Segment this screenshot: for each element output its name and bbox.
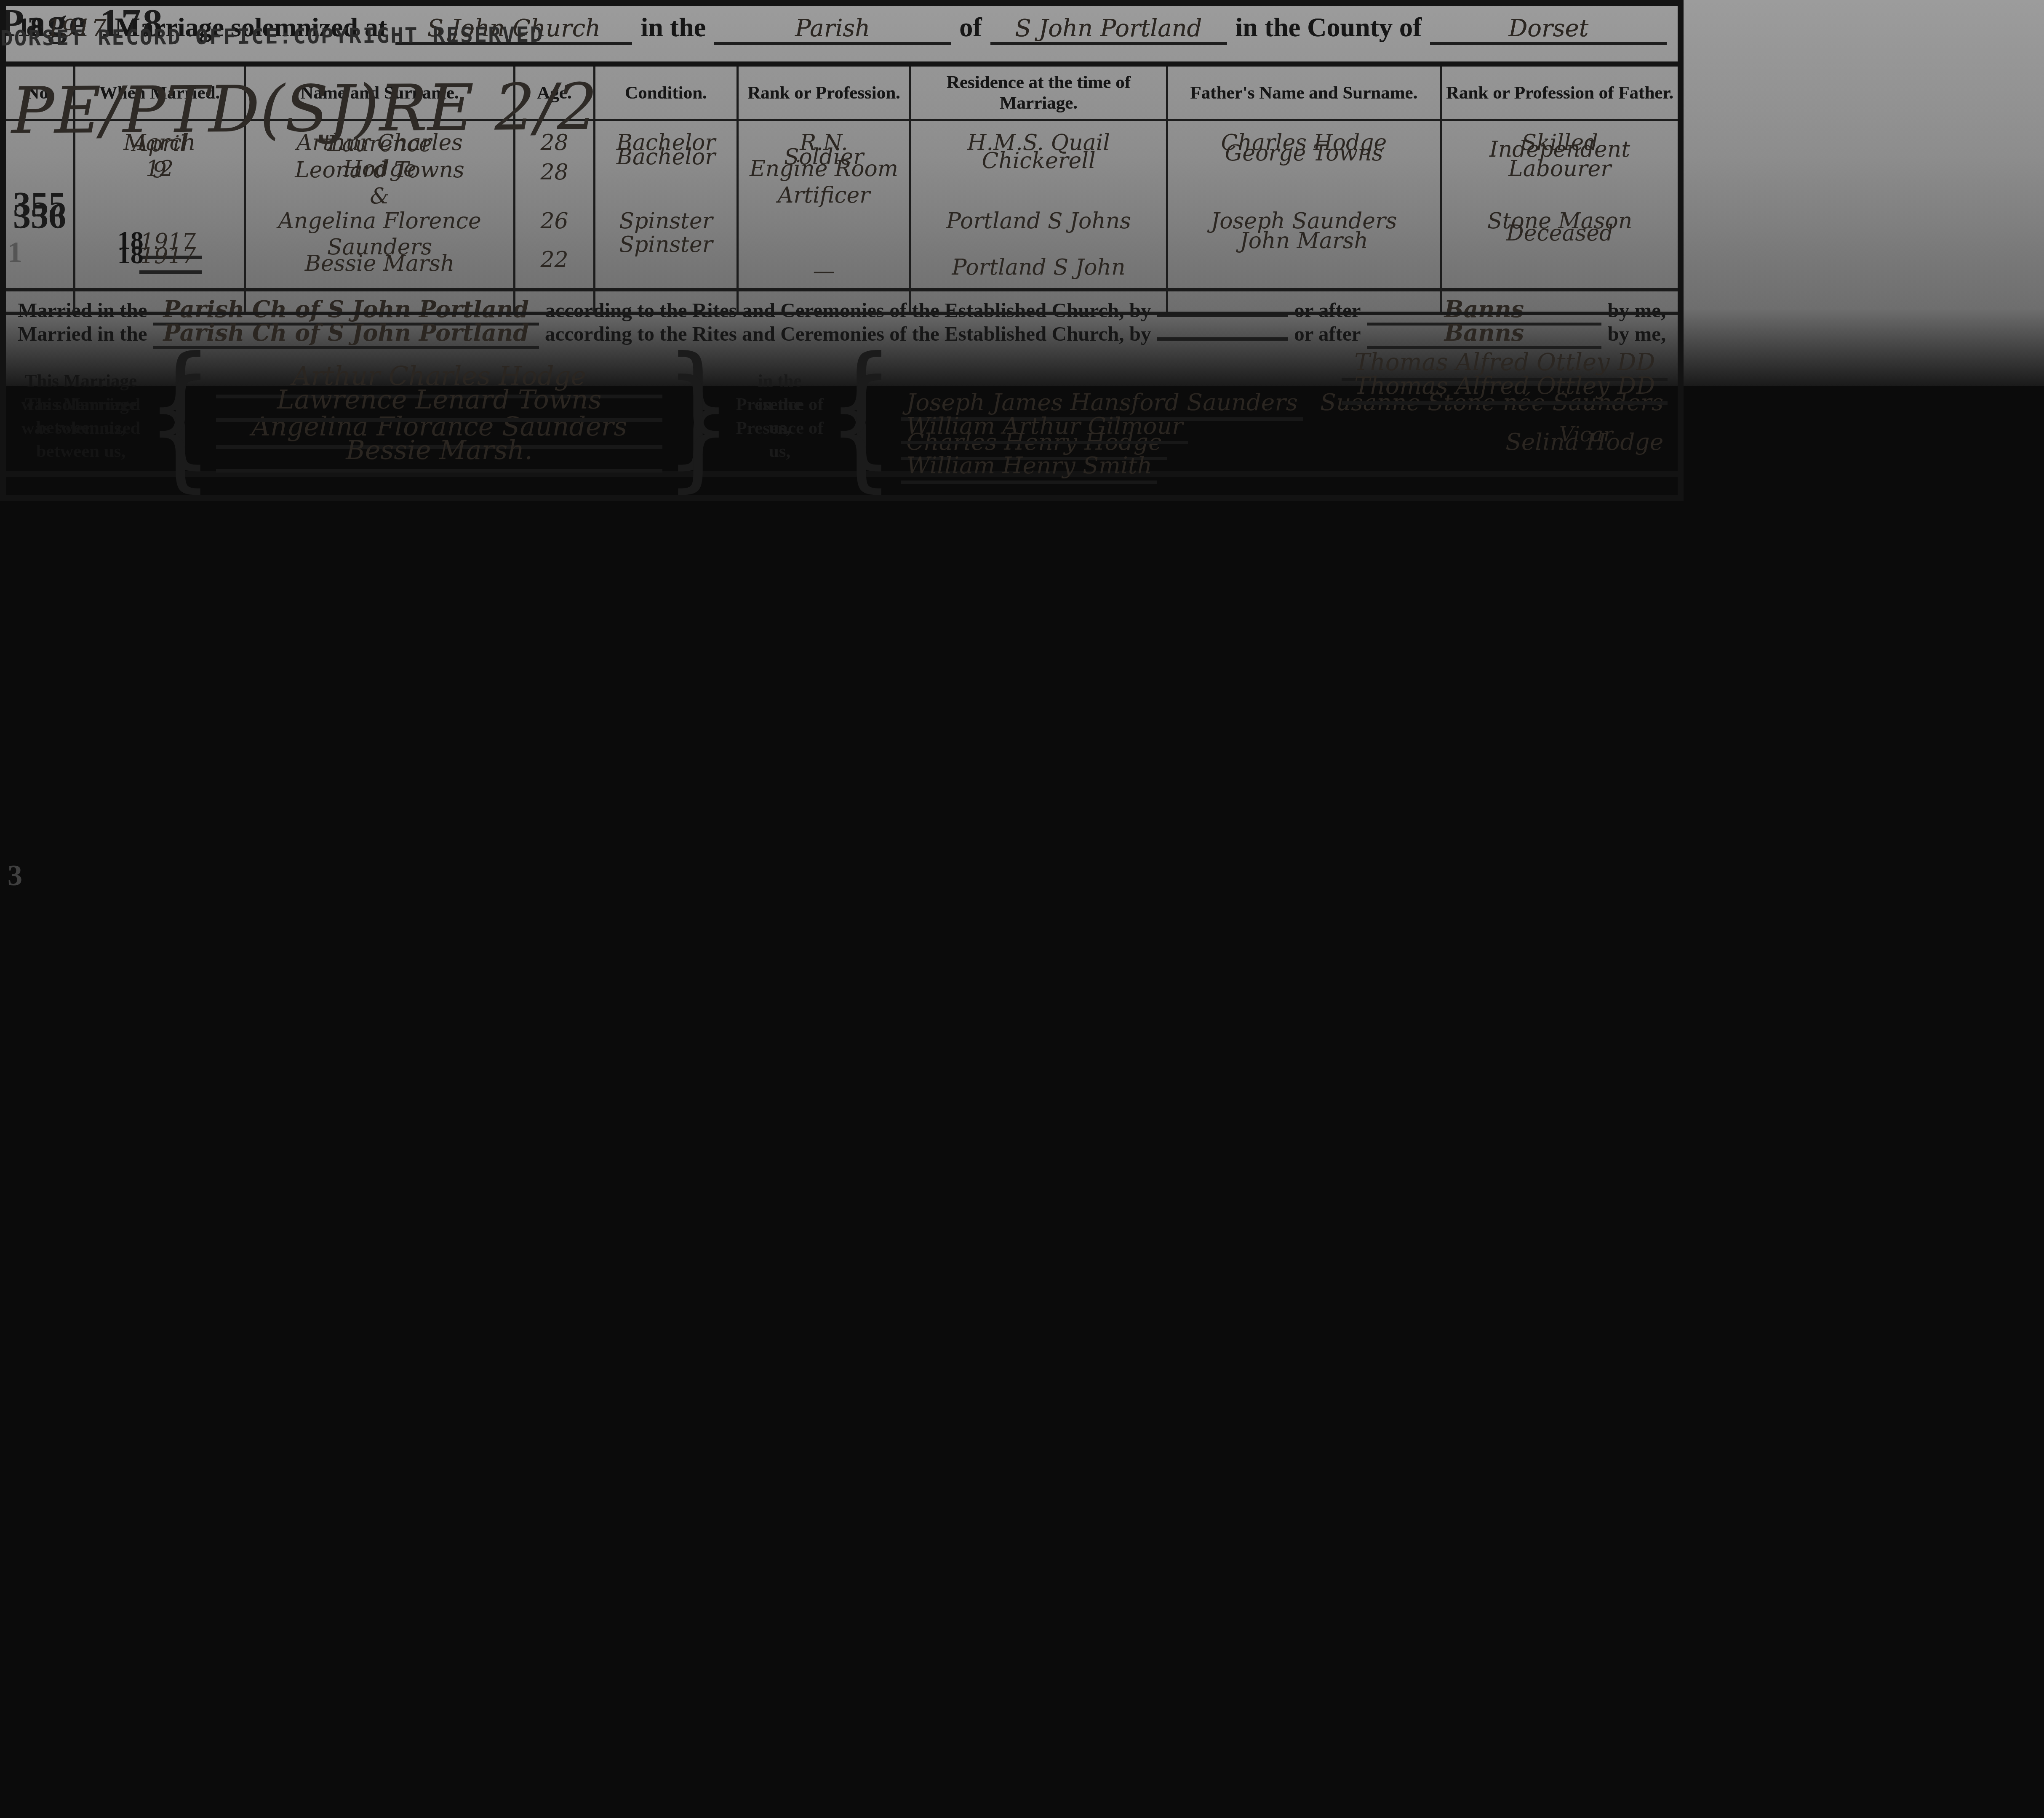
column-header-residence: Residence at the time of Marriage. — [911, 67, 1168, 121]
witness-signatures: Thomas Alfred Ottley DD Vicar William Ar… — [897, 372, 1668, 484]
witness-signature: William Arthur Gilmour — [901, 412, 1188, 444]
entry-number: 356 — [13, 196, 66, 237]
groom-condition: Bachelor — [600, 144, 732, 170]
blank-underline — [1157, 337, 1289, 341]
bride-residence: Portland S John — [919, 254, 1158, 280]
presence-label: in the Presence of us, — [734, 393, 825, 464]
bride-age: 22 — [518, 247, 591, 273]
printed-rites: according to the Rites and Ceremonies of… — [545, 322, 1151, 346]
groom-rank: Soldier — [744, 144, 904, 170]
groom-signature: Lawrence Lenard Towns — [216, 384, 662, 422]
witness-signature: William Henry Smith — [901, 452, 1157, 484]
left-brace: { — [147, 362, 213, 494]
couple-signatures: Lawrence Lenard Towns Bessie Marsh. — [216, 384, 662, 473]
bride-father-rank: Deceased — [1449, 220, 1671, 246]
column-header-rank: Rank or Profession. — [739, 67, 911, 121]
cell-fathers: George Towns John Marsh — [1168, 121, 1442, 312]
groom-father-rank: Independent — [1449, 136, 1671, 163]
date-year: 18 1917 — [80, 239, 239, 273]
officiant-signature: Thomas Alfred Ottley DD — [1342, 372, 1668, 405]
cell-conditions: Bachelor Spinster — [595, 121, 739, 312]
bride-father: John Marsh — [1176, 228, 1431, 254]
cell-entry-number: 356 — [6, 121, 75, 312]
record-356-signature-block: This Marriage was solemnized between us,… — [6, 372, 1678, 495]
printed-or-after: or after — [1294, 322, 1361, 346]
handwritten-married-in: Parish Ch of S John Portland — [153, 319, 539, 349]
witness-brace: { — [827, 362, 894, 494]
column-header-condition: Condition. — [595, 67, 739, 121]
handwritten-banns: Banns — [1367, 319, 1602, 349]
cell-when-married: April 9 18 1917 — [75, 121, 246, 312]
this-marriage-label: This Marriage was solemnized between us, — [18, 393, 144, 464]
groom-residence: Chickerell — [919, 148, 1158, 174]
printed-by-me: by me, — [1607, 322, 1666, 346]
column-header-father: Father's Name and Surname. — [1168, 67, 1442, 121]
cell-ranks: Soldier — — [739, 121, 911, 312]
groom-age: 28 — [518, 159, 591, 185]
copyright-text: DORSET RECORD OFFICE:COPYRIGHT RESERVED — [0, 22, 544, 51]
officiant-row: Thomas Alfred Ottley DD — [901, 372, 1668, 405]
printed-of: of — [959, 12, 982, 43]
cell-names: Laurence Leonard Towns & Bessie Marsh — [246, 121, 515, 312]
handwritten-county: Dorset — [1430, 15, 1667, 45]
handwritten-year: 1917 — [139, 243, 202, 273]
cell-father-ranks: Independent Deceased — [1442, 121, 1678, 312]
witness-row: William Arthur Gilmour — [901, 412, 1668, 444]
column-header-father-rank: Rank or Profession of Father. — [1442, 67, 1678, 121]
bride-name: Bessie Marsh — [254, 251, 505, 277]
bride-condition: Spinster — [600, 232, 732, 258]
groom-father: George Towns — [1176, 140, 1431, 166]
witness-row: William Henry Smith — [901, 452, 1668, 484]
cell-ages: 28 22 — [515, 121, 595, 312]
archive-reference: PE/PTD(SJ)RE 2/2 — [11, 69, 598, 148]
handwritten-parish-word: Parish — [714, 15, 951, 45]
right-brace: } — [665, 362, 732, 494]
cell-residences: Chickerell Portland S John — [911, 121, 1168, 312]
bride-rank: — — [744, 258, 904, 284]
printed-county-of: in the County of — [1235, 12, 1422, 43]
officiant-title: Vicar — [1559, 423, 1613, 446]
bride-signature: Bessie Marsh. — [216, 435, 662, 473]
facing-page-digit: 3 — [8, 859, 22, 893]
printed-married-in-the: Married in the — [18, 322, 147, 346]
scanned-register-photo: 1 3 Page 178 18 1917 Marriage solemnized… — [0, 0, 2044, 1818]
printed-in-the: in the — [640, 12, 706, 43]
handwritten-parish-name: S John Portland — [990, 15, 1227, 45]
